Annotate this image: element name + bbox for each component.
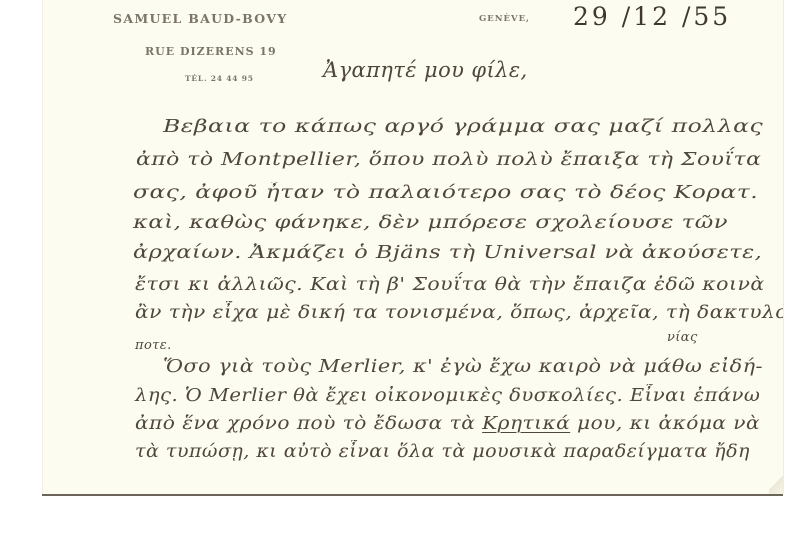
letterhead-telephone: TÉL. 24 44 95 [185, 74, 254, 83]
letter-line-6: ἔτσι κι ἀλλιῶς. Καὶ τὴ β' Σουΐτα θὰ τὴν … [135, 275, 765, 295]
letter-line-4: καὶ, καθὼς φάνηκε, δὲν μπόρεσε σχολείουσ… [133, 213, 728, 233]
letter-line-8: ποτε. [135, 338, 172, 353]
postcard: SAMUEL BAUD-BOVY RUE DIZERENS 19 TÉL. 24… [42, 0, 783, 494]
letter-line-9: Ὅσο γιὰ τοὺς Merlier, κ' ἐγὼ ἔχω καιρὸ ν… [163, 357, 763, 377]
underlined-word: Κρητικά [482, 414, 570, 434]
letter-line-11: ἀπὸ ἕνα χρόνο ποὺ τὸ ἔδωσα τὰ Κρητικά μο… [135, 414, 760, 434]
letterhead-name: SAMUEL BAUD-BOVY [113, 11, 287, 26]
letter-line-2: ἀπὸ τὸ Montpellier, ὅπου πολὺ πολὺ ἔπαιξ… [136, 150, 761, 170]
letterhead-city: GENÈVE, [479, 14, 530, 24]
salutation: Ἀγαπητέ μου φίλε, [323, 58, 528, 82]
letter-line-10: λης. Ὁ Merlier θὰ ἔχει οἰκονομικὲς δυσκο… [135, 386, 760, 406]
letter-line-12: τὰ τυπώσῃ, κι αὐτὸ εἶναι ὅλα τὰ μουσικὰ … [135, 442, 750, 462]
letter-line-3: σας, ἀφοῦ ἦταν τὸ παλαιότερο σας τὸ δέος… [133, 183, 758, 203]
letter-line-1: Βεβαια το κάπως αργό γράμμα σας μαζί πολ… [163, 117, 763, 137]
card-corner [769, 472, 783, 494]
letterhead-street: RUE DIZERENS 19 [145, 45, 277, 58]
letter-line-7: ἂν τὴν εἶχα μὲ δική τα τονισμένα, ὅπως, … [135, 303, 783, 323]
interlinear-note: νίας [667, 330, 698, 345]
letter-line-5: ἀρχαίων. Ἀκμάζει ὁ Bjäns τὴ Universal νὰ… [133, 243, 762, 263]
handwritten-date: 29 /12 /55 [573, 2, 731, 31]
